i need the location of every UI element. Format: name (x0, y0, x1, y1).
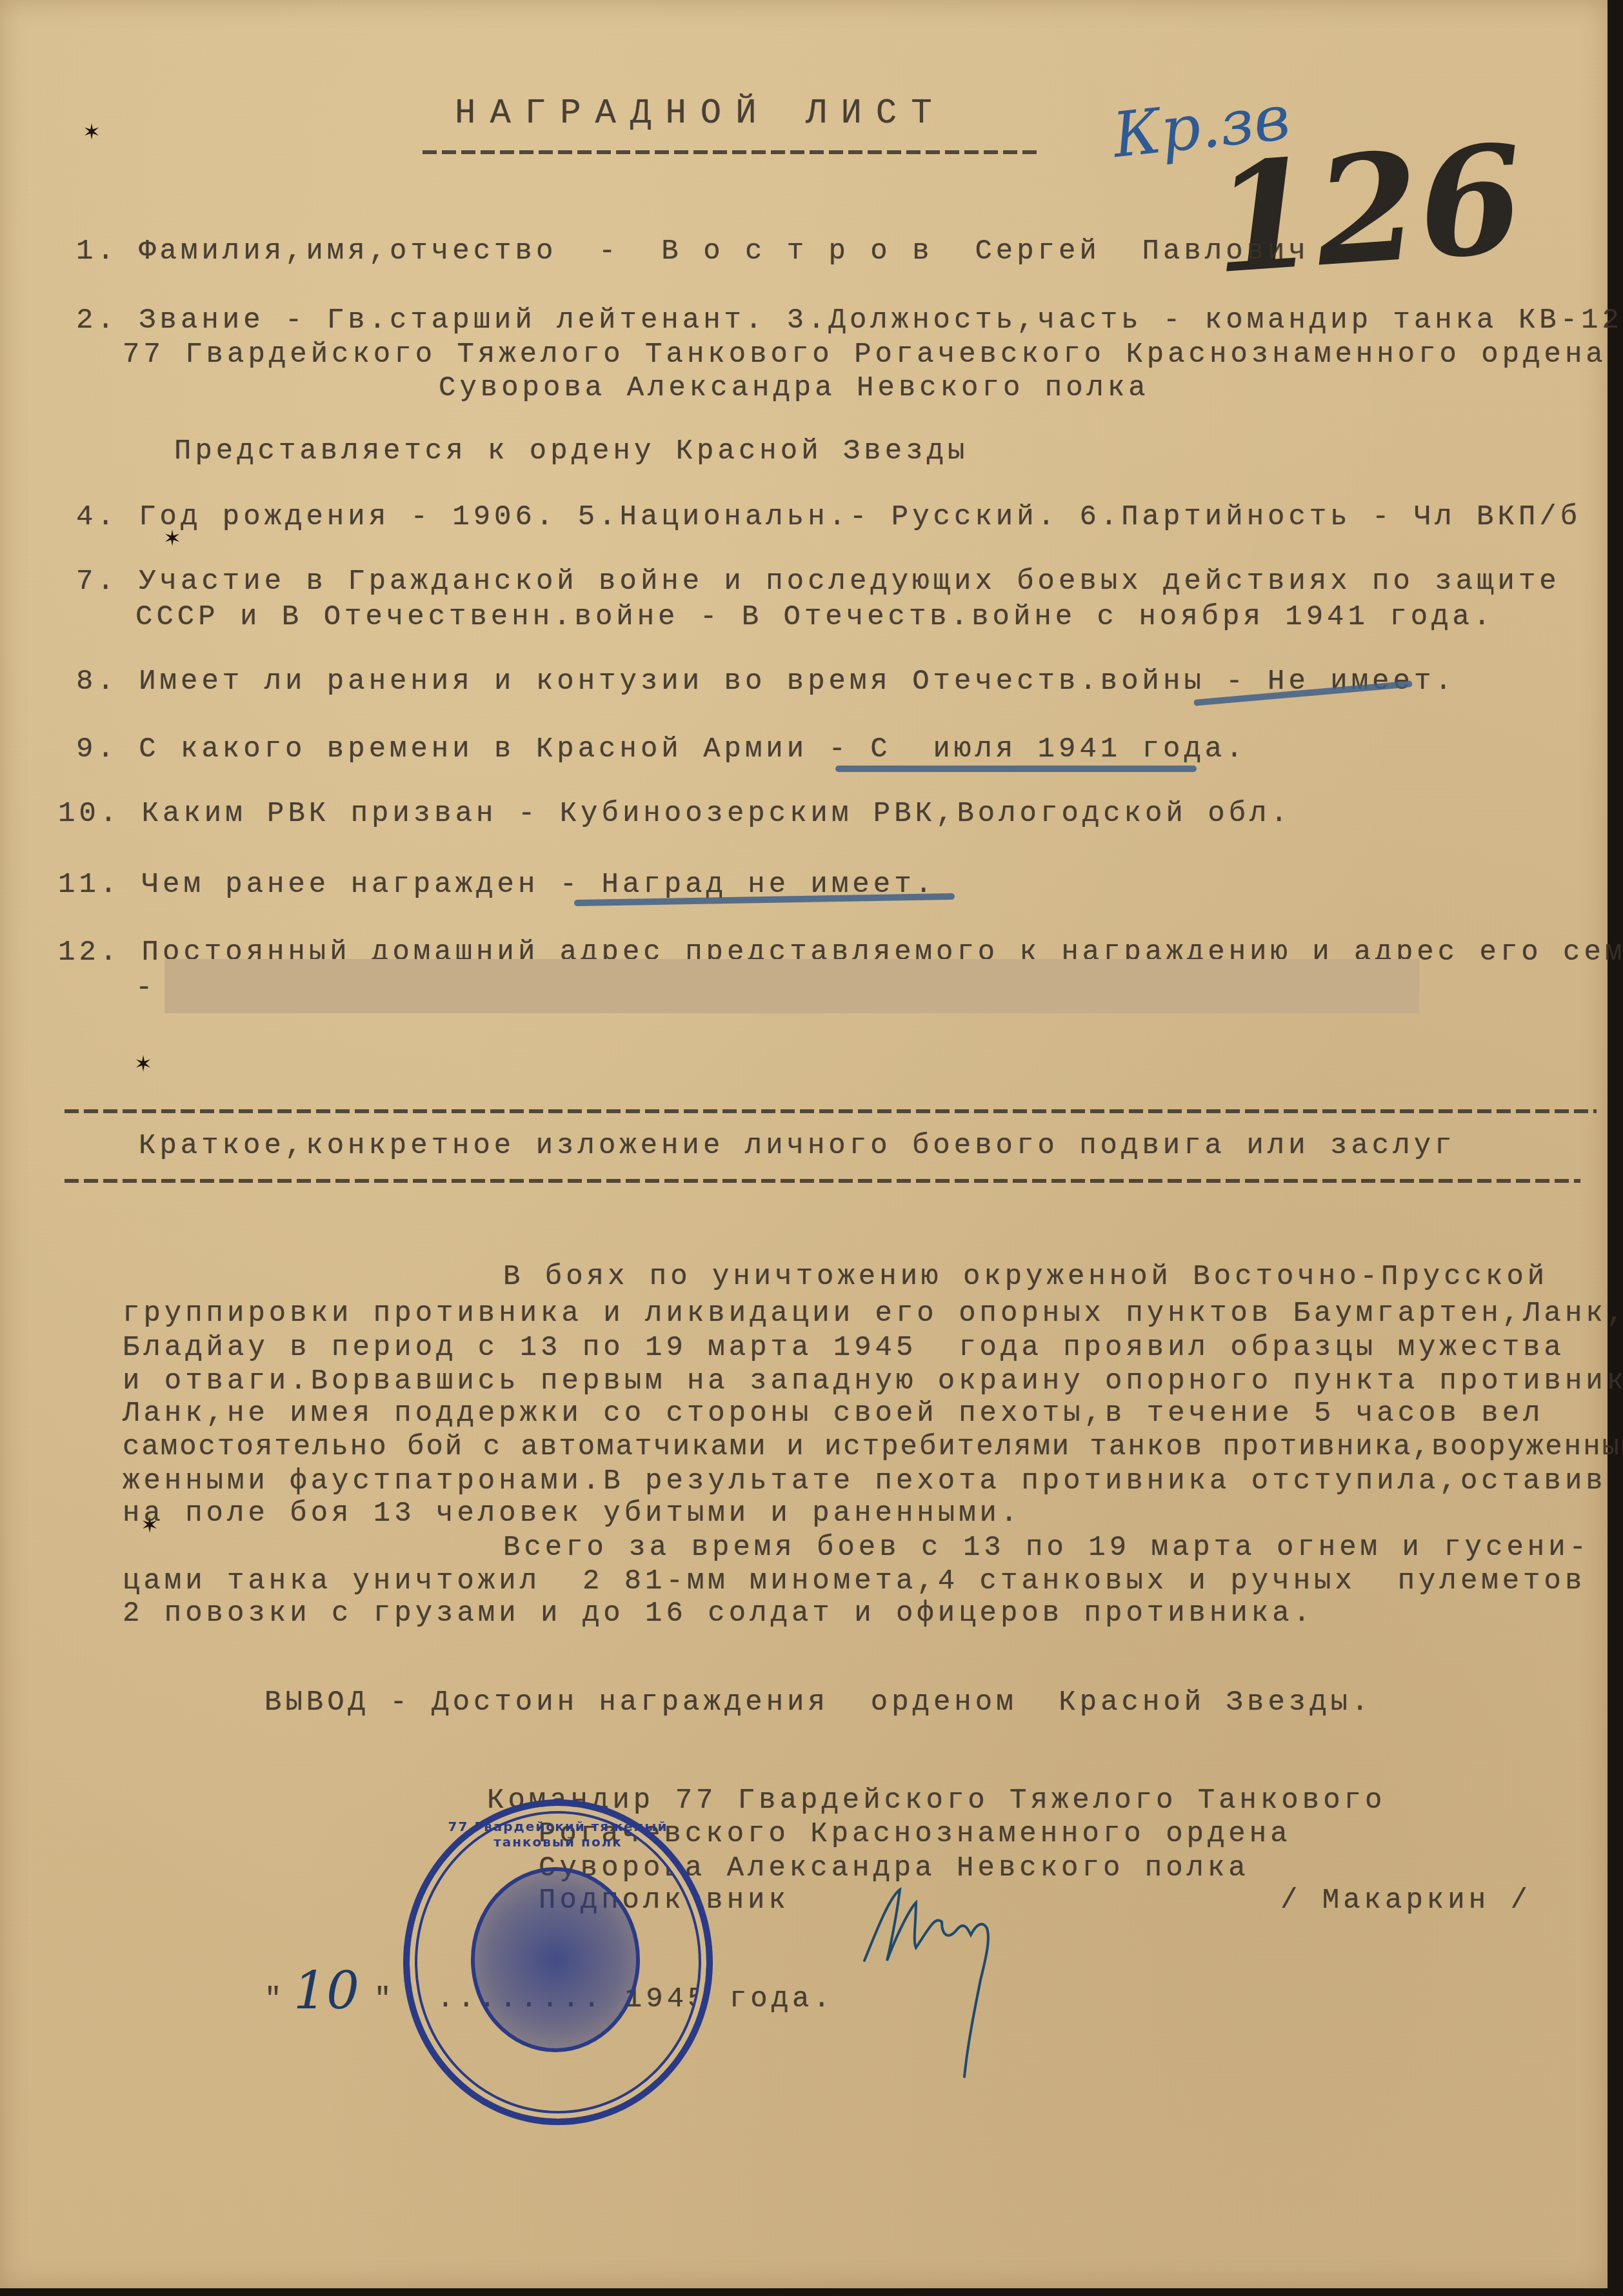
redacted-address (164, 959, 1419, 1013)
award-sheet: ✶ ✶ ✶ ✶ НАГРАДНОЙ ЛИСТ Кр.зв 126 1. Фами… (0, 0, 1608, 2288)
commander-signature (851, 1877, 1122, 2083)
item-2-3-rank-position: 2. Звание - Гв.старший лейтенант. 3.Долж… (76, 306, 1623, 335)
section-divider-bottom (65, 1179, 1580, 1183)
title-underline (423, 150, 1042, 154)
narrative-line: женными фаустпатронами.В результате пехо… (123, 1467, 1607, 1496)
item-11-awards: 11. Чем ранее награжден - Наград не имее… (58, 871, 936, 899)
document-title: НАГРАДНОЙ ЛИСТ (455, 97, 946, 132)
punch-mark: ✶ (84, 116, 99, 148)
conclusion: ВЫВОД - Достоин награждения орденом Крас… (264, 1688, 1372, 1717)
narrative-line: Бладйау в период с 13 по 19 марта 1945 г… (123, 1334, 1565, 1362)
narrative-line: 2 повозки с грузами и до 16 солдат и офи… (123, 1599, 1314, 1628)
item-12-dash: - (135, 974, 156, 1002)
punch-mark: ✶ (135, 1048, 151, 1080)
item-9-service-since: 9. С какого времени в Красной Армии - С … (76, 735, 1247, 764)
stamp-text: 77 Гвардейский тяжелый танковый полк (410, 1819, 706, 1850)
narrative-line: цами танка уничтожил 2 81-мм миномета,4 … (123, 1567, 1586, 1596)
narrative-line: В боях по уничтожению окруженной Восточн… (503, 1263, 1548, 1291)
narrative-line: группировки противника и ликвидации его … (123, 1300, 1623, 1328)
narrative-line: на поле боя 13 человек убитыми и раненны… (123, 1499, 1021, 1528)
narrative-line: Ланк,не имея поддержки со стороны своей … (123, 1400, 1544, 1428)
item-1-name: 1. Фамилия,имя,отчество - В о с т р о в … (76, 237, 1309, 266)
item-7-line-2: СССР и В Отечественн.войне - В Отечеств.… (135, 603, 1494, 631)
section-divider-top (65, 1109, 1597, 1113)
item-4-5-6: 4. Год рождения - 1906. 5.Национальн.- Р… (76, 503, 1581, 531)
narrative-line: Всего за время боев с 13 по 19 марта огн… (503, 1534, 1590, 1562)
date-open-quote: " (264, 1985, 285, 2014)
unit-line-1: 77 Гвардейского Тяжелого Танкового Рогач… (123, 341, 1607, 369)
stamp-emblem (471, 1867, 640, 2052)
commander-line-1: Командир 77 Гвардейского Тяжелого Танков… (487, 1786, 1386, 1815)
section-heading: Краткое,конкретное изложение личного бое… (139, 1132, 1455, 1160)
handwritten-number: 126 (1207, 112, 1528, 308)
recommended-for: Представляется к ордену Красной Звезды (174, 437, 968, 466)
pencil-underline-9 (835, 766, 1197, 772)
commander-name: / Макаркин / (1280, 1886, 1531, 1915)
official-seal-stamp: 77 Гвардейский тяжелый танковый полк (403, 1799, 713, 2125)
item-8-wounds: 8. Имеет ли ранения и контузии во время … (76, 668, 1456, 696)
item-10-rvk: 10. Каким РВК призван - Кубиноозерским Р… (58, 800, 1291, 828)
unit-line-2: Суворова Александра Невского полка (439, 374, 1150, 402)
item-7-line-1: 7. Участие в Гражданской войне и последу… (76, 568, 1560, 596)
narrative-line: и отваги.Ворвавшись первым на западную о… (123, 1367, 1623, 1396)
handwritten-date-day: 10 (294, 1961, 359, 2021)
narrative-line: самостоятельно бой с автоматчиками и ист… (123, 1433, 1623, 1461)
